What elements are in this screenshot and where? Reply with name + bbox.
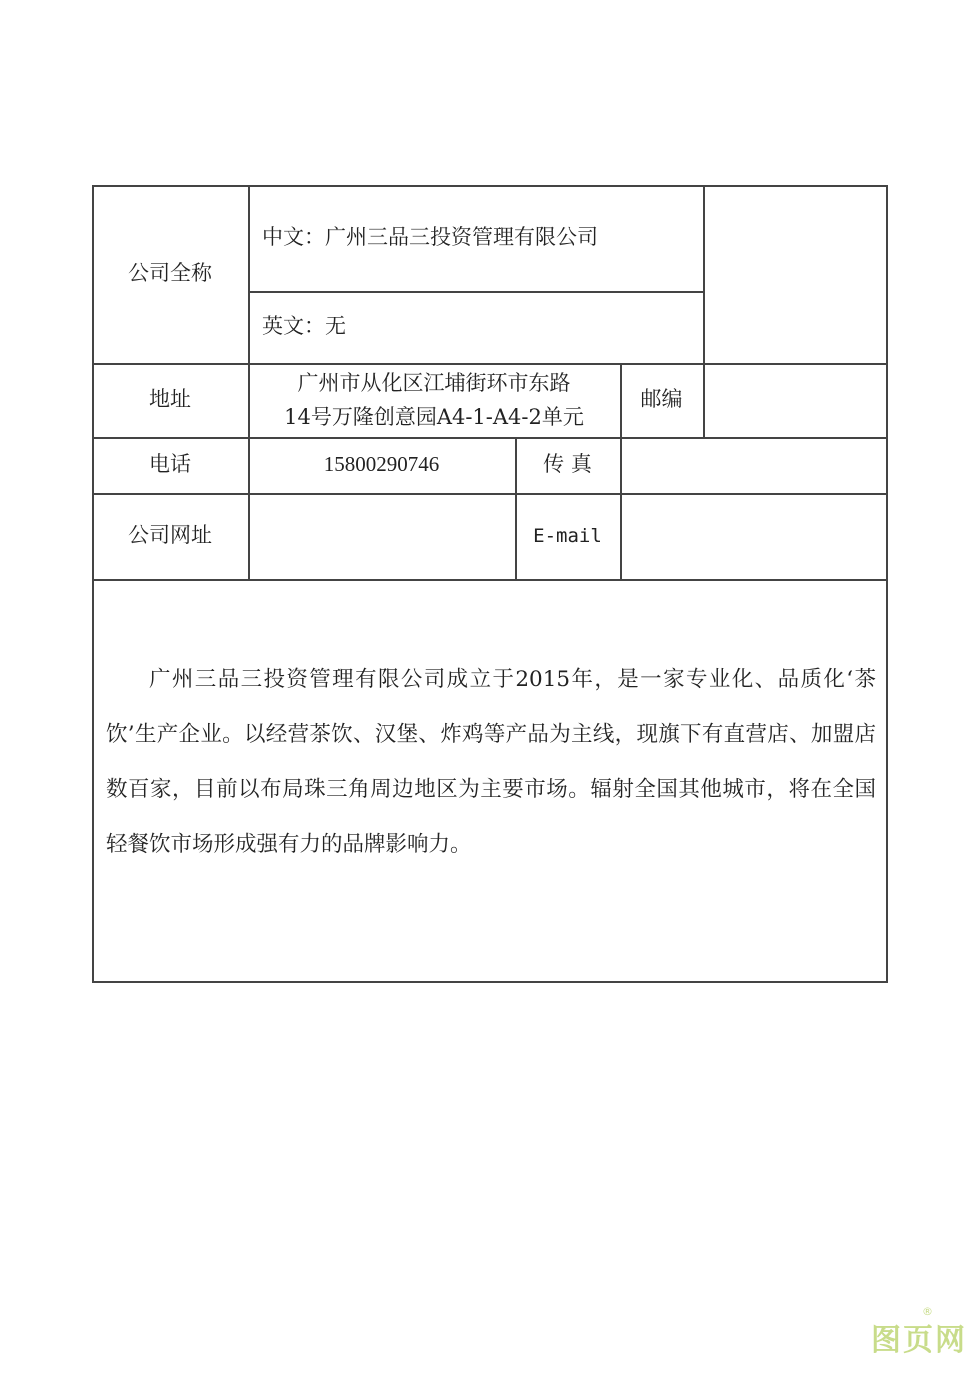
email-value — [620, 493, 886, 579]
table-border-bottom — [92, 981, 888, 983]
company-name-cn: 中文：广州三品三投资管理有限公司 — [248, 185, 703, 291]
fax-label: 传 真 — [515, 437, 620, 493]
phone-label: 电话 — [92, 437, 248, 493]
company-name-en: 英文：无 — [248, 291, 703, 363]
watermark-logo: 图页网 ® — [871, 1315, 967, 1359]
website-label: 公司网址 — [92, 493, 248, 579]
company-name-label: 公司全称 — [92, 185, 248, 363]
email-label: E-mail — [515, 493, 620, 579]
postcode-value — [703, 363, 886, 437]
address-value: 广州市从化区江埔街环市东路 14号万隆创意园A4-1-A4-2单元 — [248, 363, 620, 437]
registered-mark-icon: ® — [922, 1305, 935, 1318]
phone-value: 15800290746 — [248, 437, 515, 493]
company-description: 广州三品三投资管理有限公司成立于2015年，是一家专业化、品质化‘茶饮’生产企业… — [106, 652, 876, 872]
postcode-label: 邮编 — [620, 363, 703, 437]
address-line-1: 广州市从化区江埔街环市东路 — [298, 366, 571, 400]
fax-value — [620, 437, 886, 493]
address-line-2: 14号万隆创意园A4-1-A4-2单元 — [284, 400, 584, 434]
website-value — [248, 493, 515, 579]
watermark-text: 图页网 — [871, 1323, 967, 1358]
row-divider-4 — [92, 579, 888, 581]
table-border-right — [886, 185, 888, 982]
address-label: 地址 — [92, 363, 248, 437]
